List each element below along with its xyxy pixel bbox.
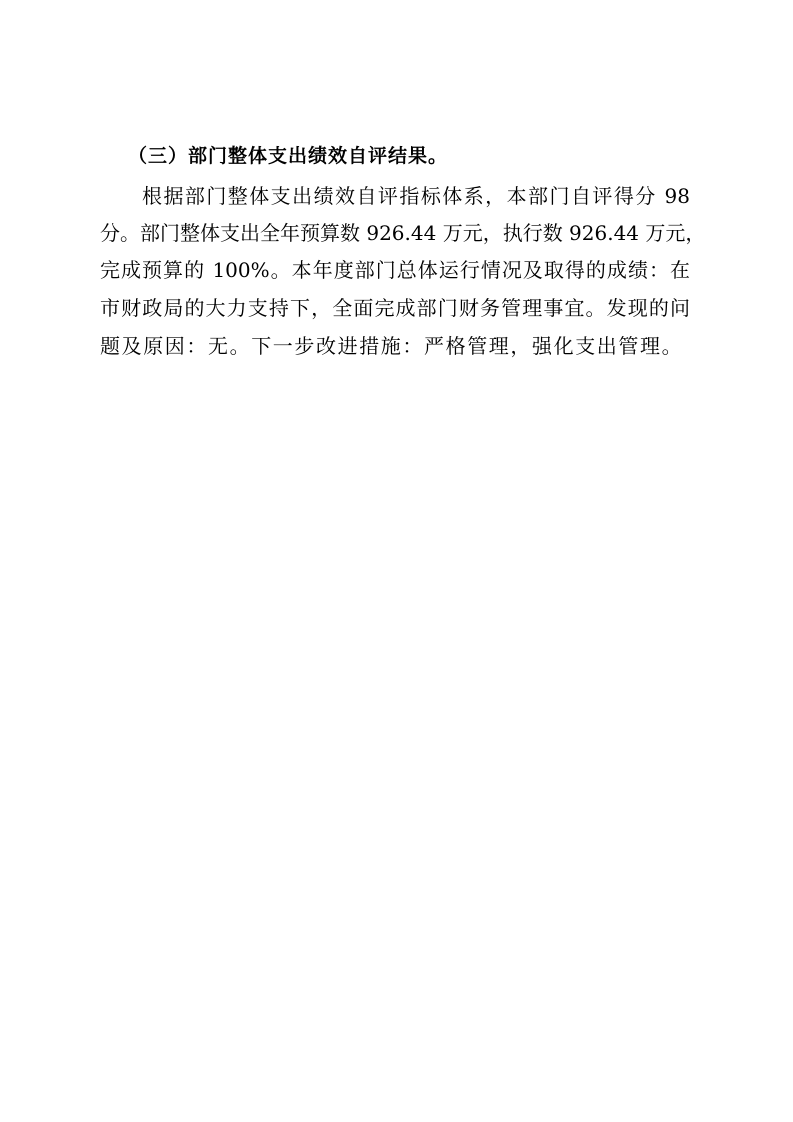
paragraph-line: 分。部门整体支出全年预算数 926.44 万元，执行数 926.44 万元， bbox=[100, 219, 690, 247]
paragraph-line: 根据部门整体支出绩效自评指标体系，本部门自评得分 98 bbox=[142, 182, 690, 210]
paragraph-line: 完成预算的 100%。本年度部门总体运行情况及取得的成绩：在 bbox=[100, 256, 690, 284]
section-heading: （三）部门整体支出绩效自评结果。 bbox=[128, 142, 448, 170]
paragraph-line: 题及原因：无。下一步改进措施：严格管理，强化支出管理。 bbox=[100, 332, 690, 360]
paragraph-line: 市财政局的大力支持下，全面完成部门财务管理事宜。发现的问 bbox=[100, 294, 690, 322]
document-page: （三）部门整体支出绩效自评结果。 根据部门整体支出绩效自评指标体系，本部门自评得… bbox=[0, 0, 793, 1122]
